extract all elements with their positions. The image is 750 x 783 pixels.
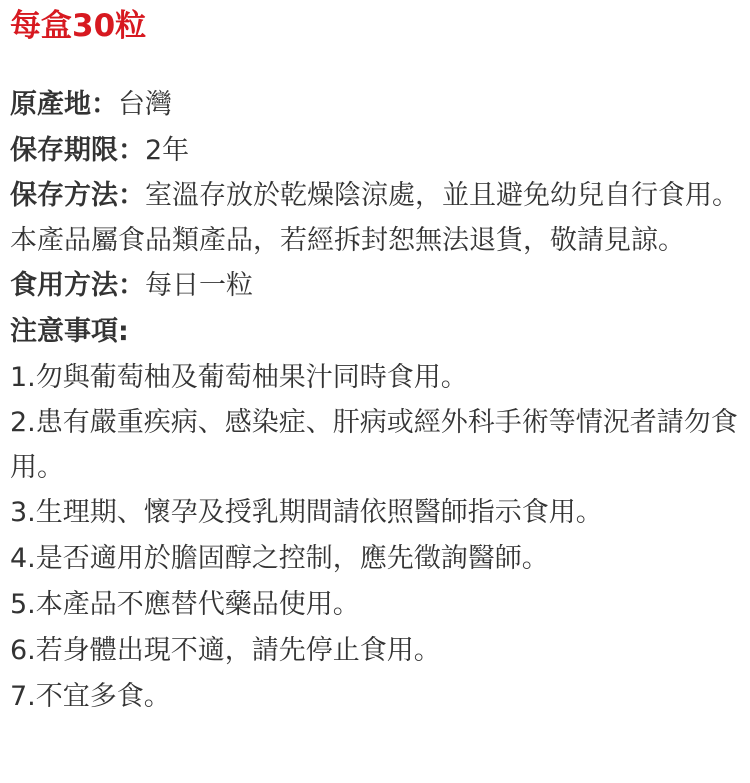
spec-value: 台灣 <box>118 89 172 120</box>
note-item: 2.患有嚴重疾病、感染症、肝病或經外科手術等情況者請勿食用。 <box>10 401 740 490</box>
notes-heading: 注意事項: <box>10 309 740 355</box>
spec-shelf-life: 保存期限：2年 <box>10 128 740 174</box>
note-item: 3.生理期、懷孕及授乳期間請依照醫師指示食用。 <box>10 490 740 536</box>
note-item: 1.勿與葡萄柚及葡萄柚果汁同時食用。 <box>10 355 740 401</box>
spec-label: 保存期限： <box>10 135 145 166</box>
spec-usage: 食用方法：每日一粒 <box>10 263 740 309</box>
product-details: 原產地：台灣 保存期限：2年 保存方法：室溫存放於乾燥陰涼處，並且避免幼兒自行食… <box>10 82 740 720</box>
note-item: 4.是否適用於膽固醇之控制，應先徵詢醫師。 <box>10 536 740 582</box>
note-item: 7.不宜多食。 <box>10 674 740 720</box>
spec-storage: 保存方法：室溫存放於乾燥陰涼處，並且避免幼兒自行食用。本產品屬食品類產品，若經拆… <box>10 174 740 263</box>
note-item: 5.本產品不應替代藥品使用。 <box>10 582 740 628</box>
spec-origin: 原產地：台灣 <box>10 82 740 128</box>
spec-label: 保存方法： <box>10 180 145 211</box>
spec-label: 食用方法： <box>10 270 145 301</box>
spec-value: 每日一粒 <box>145 270 253 301</box>
package-count-title: 每盒30粒 <box>10 4 146 48</box>
note-item: 6.若身體出現不適，請先停止食用。 <box>10 628 740 674</box>
spec-value: 2年 <box>145 135 189 166</box>
product-info-page: 每盒30粒 原產地：台灣 保存期限：2年 保存方法：室溫存放於乾燥陰涼處，並且避… <box>0 0 750 783</box>
spec-label: 原產地： <box>10 89 118 120</box>
